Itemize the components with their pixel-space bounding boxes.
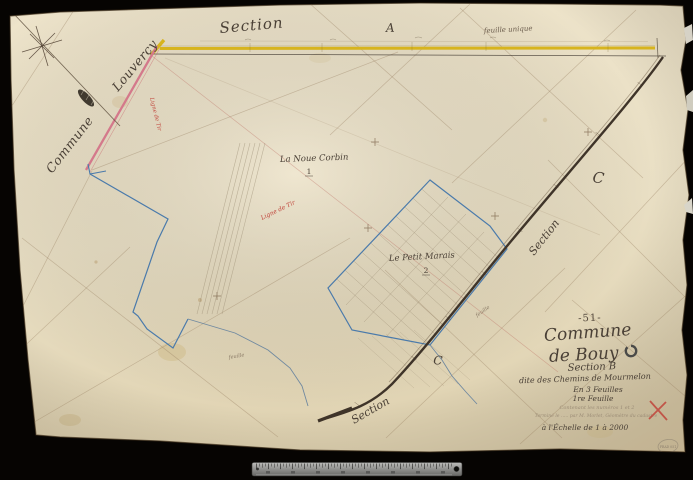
cartouche-sheet-no: 1re Feuille: [573, 394, 614, 403]
svg-text:FRAD 051: FRAD 051: [660, 445, 677, 449]
ruler-hole: [454, 466, 459, 471]
plate-letter: A: [385, 21, 395, 35]
cartouche-scale: à l'Échelle de 1 à 2000: [542, 423, 629, 432]
cartouche-sheets: En 3 Feuilles: [572, 385, 623, 394]
ruler: [252, 463, 462, 477]
cartouche-section: Section B: [567, 361, 616, 374]
cartouche-surveyor: Terminé le ..... par M. Morlet, Géomètre…: [535, 412, 658, 419]
letter-c-2: C: [433, 353, 443, 368]
ruler-ticks: [256, 464, 454, 470]
cadastral-map-svg: Section A feuille unique Commune Louverc…: [0, 0, 693, 480]
parcel-1-number: 1: [307, 167, 312, 176]
scanned-map-photo: Section A feuille unique Commune Louverc…: [0, 0, 693, 480]
cartouche-contains: Contenant les numéros 1 et 2: [560, 404, 635, 411]
parcel-2-number: 2: [424, 266, 429, 275]
